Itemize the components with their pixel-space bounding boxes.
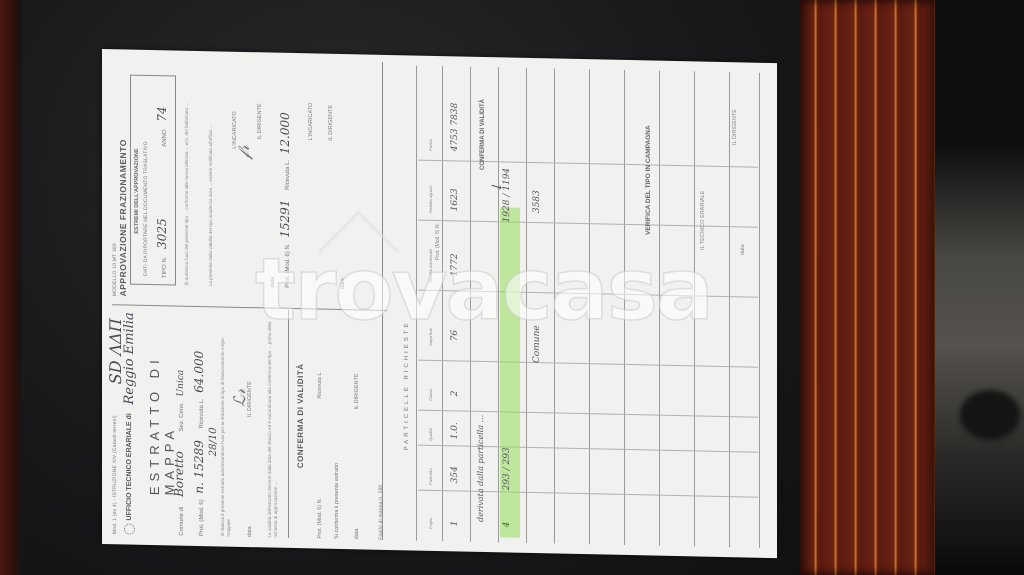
hdr-qualita: Qualità [428,428,433,441]
tipo-label: TIPO N. [162,257,168,279]
background-wall [935,0,1024,575]
table-col-rule [418,360,758,368]
extract-date-label: data [247,526,253,537]
approval-prot-label: Prot. (Mod. 6) N. [285,243,291,287]
release-date: 28/10 [208,427,219,456]
divider [288,310,289,538]
tipo-value: 3025 [155,218,169,249]
verification-title: VERIFICA DEL TIPO IN CAMPAGNA [645,125,652,235]
approval-text-1: Si autorizza l'uso del presente tipo ...… [184,76,190,286]
row3-foglio: 4 [502,522,512,528]
confirm-text: Si conferma il presente estratto [334,463,340,539]
verification-block: VERIFICA DEL TIPO IN CAMPAGNA IL TECNICO… [620,60,770,260]
approval-title: APPROVAZIONE FRAZIONAMENTO [118,139,128,296]
row4-note: Comune [532,325,542,363]
background-shadow [960,390,1020,440]
photo-scene: Mod. 1 (ex 4) - ISTRUZIONE XIV (Catasti … [0,0,1024,575]
table-col-rule [418,445,758,453]
release-text: Si rilascia il presente estratto autoriz… [220,326,232,536]
footer-note: Foglio di mappa n. 280 [378,485,384,540]
approval-box-subtitle: DATI DA RIPORTARE NEL DOCUMENTO TRASLATI… [143,141,149,276]
validity-note: La validità dell'estratto decorre dalla … [267,312,279,537]
incaricato-signature: 𝒻𝓇 [234,145,254,159]
prot-label: Prot. (Mod. 6) [199,499,205,536]
approval-incaricato-label: L'INCARICATO [232,111,238,149]
hdr-classe: Classe [428,389,433,401]
verification-dirigente-label: IL DIRIGENTE [732,109,738,145]
approval-box-title: ESTREMI DELL'APPROVAZIONE [134,148,140,233]
row1-superficie: 76 [450,330,460,342]
sez-value: Unica [176,370,186,397]
row2-note: derivata dalla particella ... [476,415,485,522]
table-title: PARTICELLE RICHIESTE [404,321,410,451]
hdr-particella: Particella [428,468,433,485]
confirm-dirigente-label: IL DIRIGENTE [354,373,360,409]
regulation-line: Mod. 1 (ex 4) - ISTRUZIONE XIV (Catasti … [112,415,118,534]
tecnico-label: IL TECNICO ERARIALE [700,191,706,250]
extract-section: Mod. 1 (ex 4) - ISTRUZIONE XIV (Catasti … [112,304,387,540]
comune-label: Comune di [179,507,185,536]
confirm-prot-label: Prot. (Mod. 6) N. [317,498,323,539]
table-col-rule [418,290,758,298]
approval-box: ESTREMI DELL'APPROVAZIONE DATI DA RIPORT… [130,75,176,286]
approval-ricevuta-label: Ricevuta L. [285,160,291,190]
verification-date-label: data [740,244,746,255]
approval-dirigente-label: IL DIRIGENTE [257,103,263,139]
sez-label: Sez. Cens. [179,402,185,431]
signature-scrawl: ℒ𝓇 [230,388,250,407]
second-date-label: data [340,278,346,289]
handwritten-code: SD ΛΔΠ [106,318,125,384]
comune-value: Boretto [172,451,186,497]
row3-particella: 293 / 293 [502,447,512,490]
section-divider [382,62,383,540]
row1-particella: 354 [450,466,460,483]
hdr-superficie: Superficie [428,328,433,346]
prot-value: n. 15289 [192,440,206,494]
approval-text-2: La presente dalla validità del tipo scad… [208,76,214,286]
second-incaricato-label: L'INCARICATO [308,103,314,141]
table-col-rule [418,490,758,498]
office-title: UFFICIO TECNICO ERARIALE di [126,413,133,520]
row1-qualita: 1.0. [450,422,460,439]
table-rule [416,66,417,541]
state-emblem-icon [124,523,135,534]
second-dirigente-label: IL DIRIGENTE [328,105,334,141]
row1-foglio: 1 [450,521,460,527]
second-confirmation-title: CONFERMA DI VALIDITÀ [480,99,486,170]
confirm-ricevuta-label: Ricevuta L. [317,371,323,399]
form-upper-section: Mod. 1 (ex 4) - ISTRUZIONE XIV (Catasti … [102,49,392,550]
confirmation-title: CONFERMA DI VALIDITÀ [296,363,305,468]
approval-prot-value: 15291 [278,199,292,237]
hdr-foglio: Foglio [428,518,433,529]
approval-date-label: data [270,277,276,288]
anno-value: 74 [155,106,169,122]
wood-stripe-right [800,0,935,575]
approval-ricevuta-value: 12.000 [278,112,292,154]
anno-label: ANNO [162,129,168,146]
second-confirmation-block: CONFERMA DI VALIDITÀ Prot. (Mod. 6) N. [425,60,605,280]
ricevuta-value: 64.000 [192,351,206,393]
table-col-rule [418,410,758,418]
wood-edge-left [0,0,22,575]
ricevuta-label: Ricevuta L. [199,398,205,428]
row1-classe: 2 [450,391,460,397]
second-prot-label: Prot. (Mod. 6) N. [435,223,441,260]
confirm-date-label: data [354,529,360,540]
